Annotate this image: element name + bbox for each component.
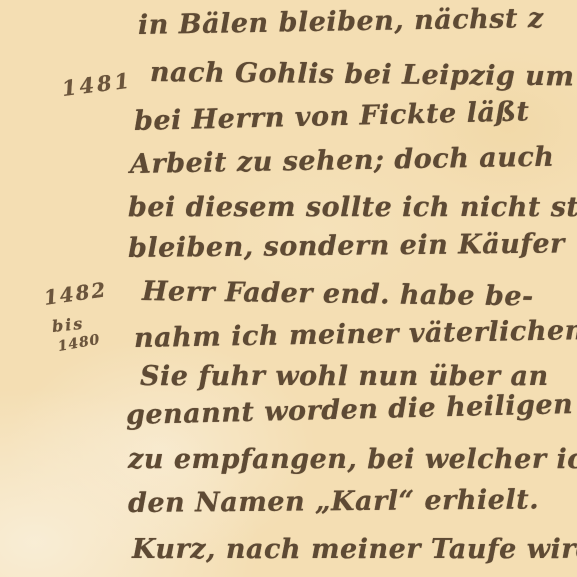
manuscript-line-7: Herr Fader end. habe be- [142,276,534,312]
manuscript-line-5: bei diesem sollte ich nicht ste- [128,192,577,223]
margin-year-1481: 1481 [60,68,133,101]
manuscript-line-11: zu empfangen, bei welcher ich [128,444,577,475]
manuscript-line-9: Sie fuhr wohl nun über an [140,361,549,392]
manuscript-line-4: Arbeit zu sehen; doch auch [130,142,555,180]
manuscript-page: 1481 1482 bis 1480 in Bälen bleiben, näc… [0,0,577,577]
margin-year-1482: 1482 [42,277,108,310]
margin-year-1480: 1480 [57,332,102,355]
manuscript-line-3: bei Herrn von Fickte läßt [134,96,530,137]
manuscript-line-8: nahm ich meiner väterlichen [134,315,577,354]
manuscript-line-13: Kurz, nach meiner Taufe wird [132,534,577,565]
manuscript-line-1: in Bälen bleiben, nächst z [138,3,544,41]
manuscript-line-10: genannt worden die heiligen Kö- [126,388,577,431]
margin-year-bis: bis [51,314,85,336]
manuscript-line-12: den Namen „Karl“ erhielt. [128,484,539,519]
manuscript-line-6: bleiben, sondern ein Käufer [128,228,565,264]
manuscript-line-2: nach Gohlis bei Leipzig um [150,57,575,92]
